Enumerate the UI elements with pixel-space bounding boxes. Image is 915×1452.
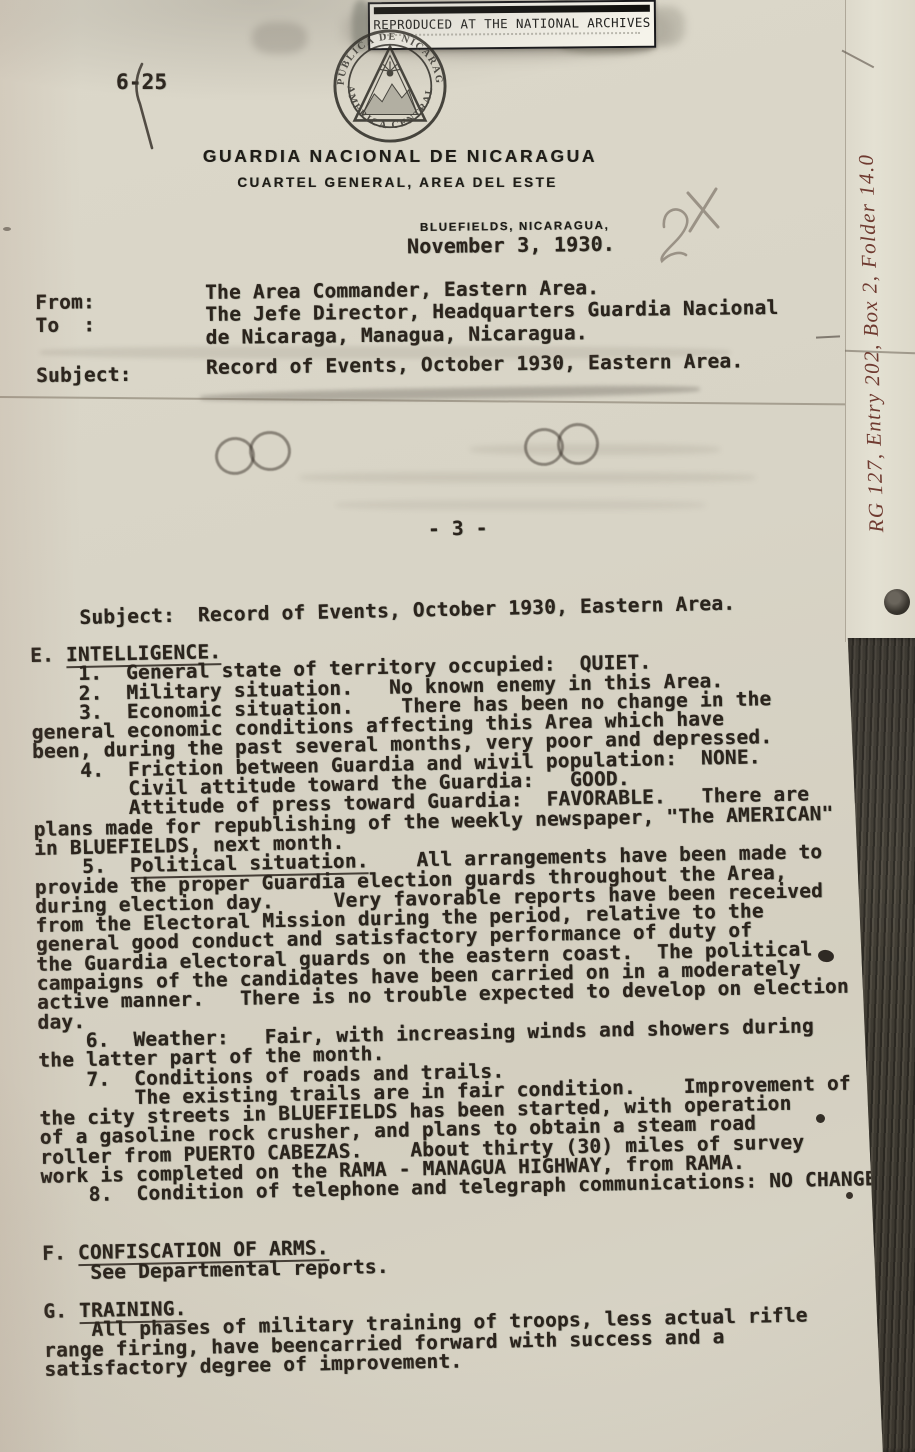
subject-value: Record of Events, October 1930, Eastern … [206, 349, 744, 379]
page-number: - 3 - [428, 516, 488, 540]
document-scan: REPRODUCED AT THE NATIONAL ARCHIVES REPU… [0, 0, 915, 1452]
page-subject-label: Subject: [79, 604, 175, 629]
ink-speck [3, 227, 11, 231]
punch-hole-ghost [554, 420, 601, 467]
ghost-smudge [300, 472, 755, 483]
punch-hole-ghost [247, 429, 292, 473]
svg-text:REPUBLICA DE NICARAGUA: REPUBLICA DE NICARAGUA [331, 27, 444, 86]
tape-smudge [252, 22, 307, 54]
ink-speck [816, 1114, 825, 1123]
pencil-mark-2x [650, 175, 750, 270]
ink-speck [846, 1192, 853, 1199]
subject-label: Subject: [36, 363, 132, 387]
to-value-line2: de Nicaraga, Managua, Nicaragua. [206, 321, 588, 349]
letterhead-date: November 3, 1930. [407, 232, 615, 259]
to-label: To : [35, 313, 95, 337]
strip-tick [816, 335, 840, 338]
page-seam [0, 396, 848, 405]
stamp-top-bar [374, 5, 650, 14]
body-text: E. INTELLIGENCE. 1. General state of ter… [30, 629, 875, 1379]
ghost-smudge [335, 500, 705, 510]
from-label: From: [35, 290, 95, 314]
ink-dot [884, 589, 910, 615]
letterhead-org: GUARDIA NACIONAL DE NICARAGUA [195, 146, 605, 167]
seal-top-text: REPUBLICA DE NICARAGUA [331, 27, 444, 86]
letterhead-dept: CUARTEL GENERAL, AREA DEL ESTE [225, 175, 570, 190]
pen-stroke [130, 58, 170, 158]
nicaragua-seal: REPUBLICA DE NICARAGUA AMERICA CENTRAL [331, 27, 449, 145]
routing-block: From: The Area Commander, Eastern Area. … [35, 273, 776, 392]
page-subject-value: Record of Events, October 1930, Eastern … [198, 592, 736, 627]
